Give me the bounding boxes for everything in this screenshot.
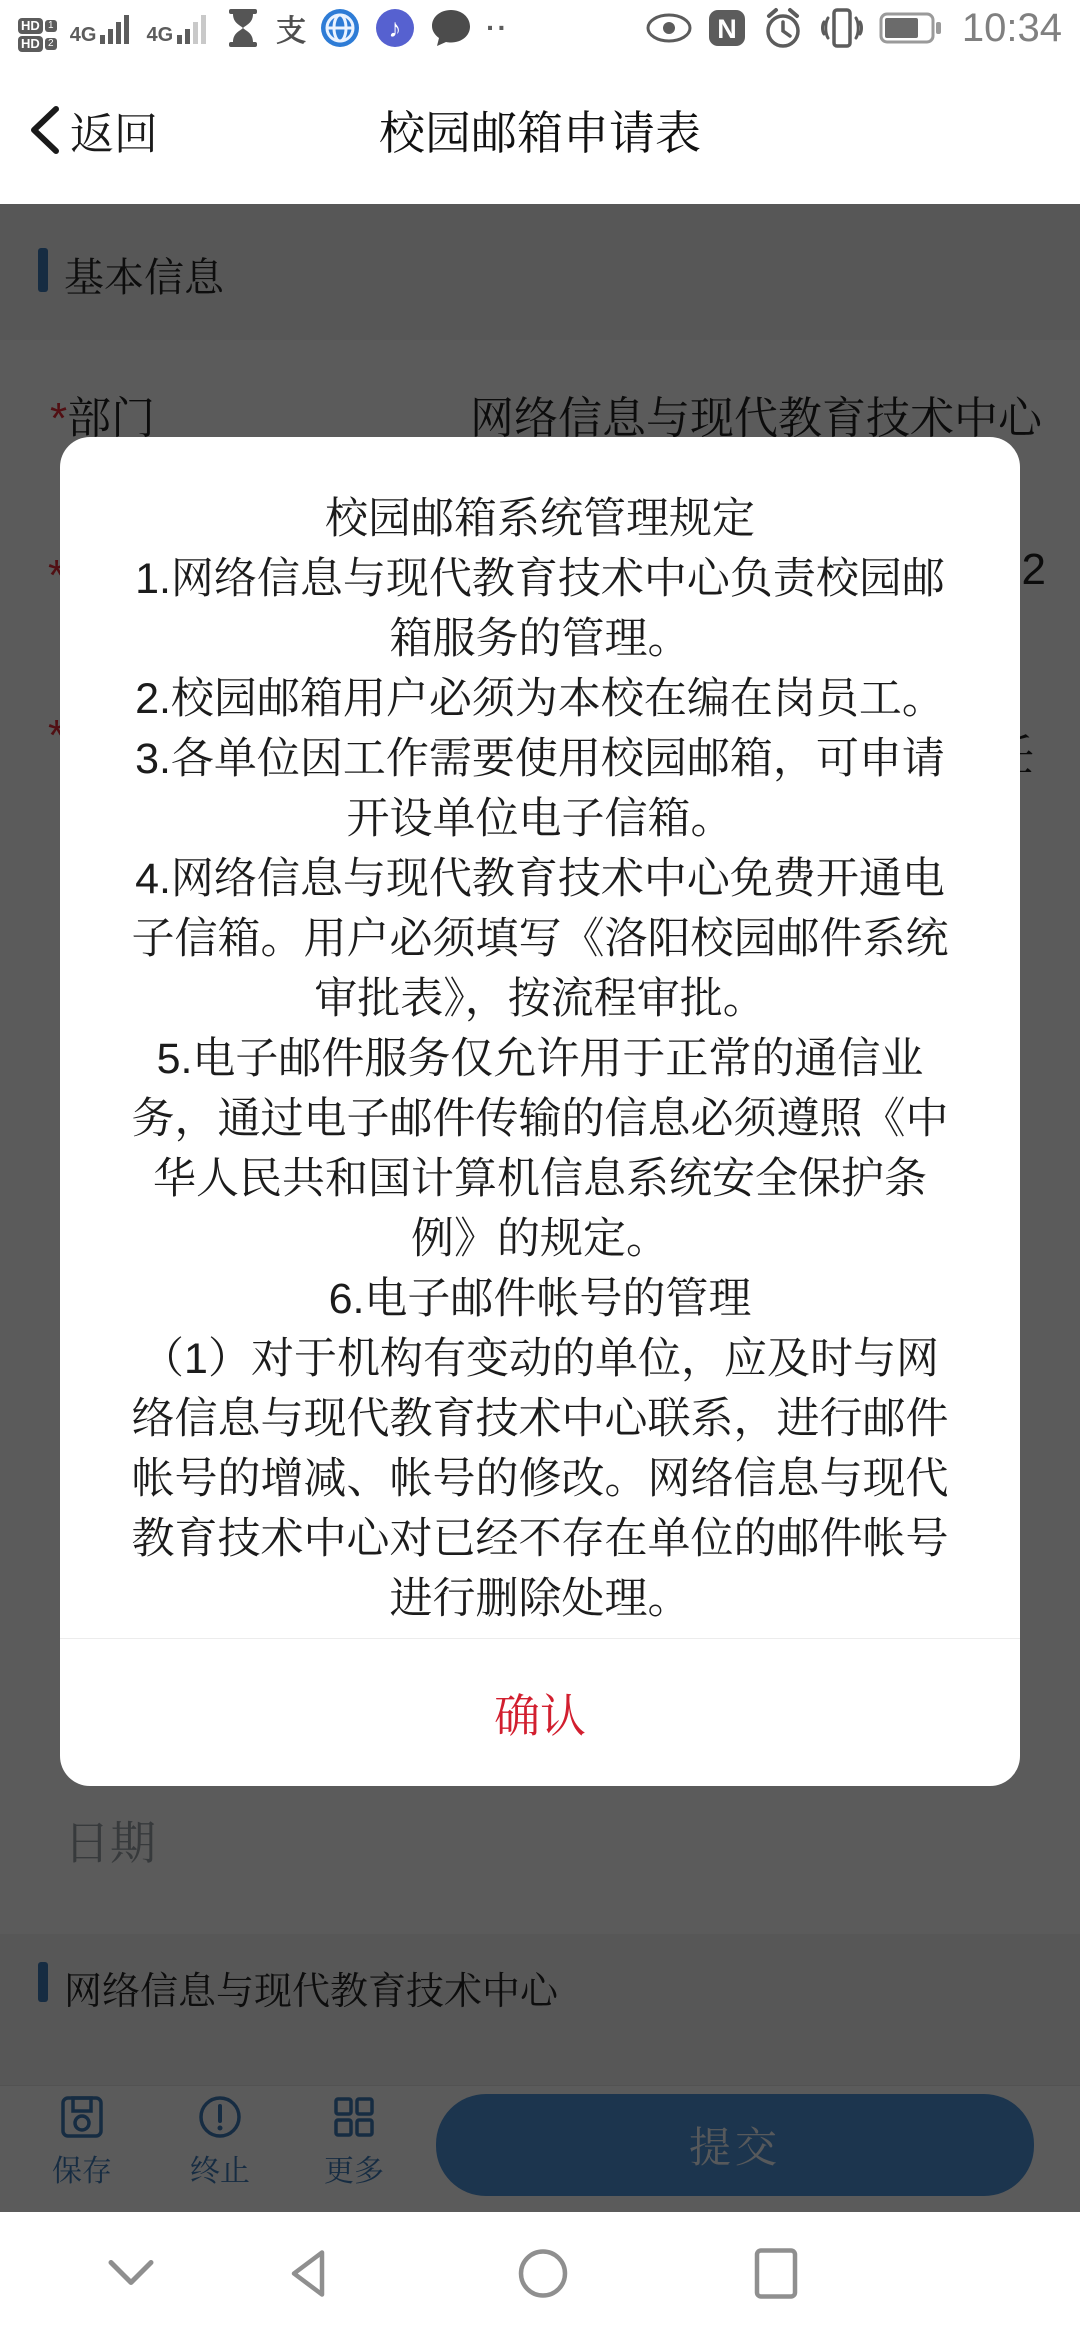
dialog-rule: 1.网络信息与现代教育技术中心负责校园邮箱服务的管理。 [124, 549, 956, 669]
chevron-left-icon [26, 104, 62, 156]
music-icon: ♪ [374, 7, 416, 49]
alipay-icon: 支 [276, 6, 306, 50]
rules-dialog: 校园邮箱系统管理规定 1.网络信息与现代教育技术中心负责校园邮箱服务的管理。 2… [60, 437, 1020, 1786]
battery-icon [879, 9, 943, 47]
dialog-title: 校园邮箱系统管理规定 [124, 489, 956, 549]
hd1-label: HD [18, 18, 43, 34]
vibrate-icon [818, 6, 866, 50]
confirm-button[interactable]: 确认 [60, 1638, 1020, 1786]
dialog-rule: 4.网络信息与现代教育技术中心免费开通电子信箱。用户必须填写《洛阳校园邮件系统审… [124, 849, 956, 1029]
signal-sim2-icon: 4G [146, 11, 210, 45]
eye-comfort-icon [645, 12, 693, 44]
phone-screen: HD 1 HD 2 4G 4G 支 [0, 0, 1080, 2340]
hd-volte-sim1-icon: HD 1 [18, 18, 57, 34]
android-back-button[interactable] [286, 2248, 330, 2305]
android-home-button[interactable] [516, 2247, 570, 2306]
svg-text:N: N [717, 14, 737, 44]
android-recents-button[interactable] [753, 2247, 799, 2306]
hd2-label: HD [18, 36, 43, 52]
dialog-rule: （1）对于机构有变动的单位，应及时与网络信息与现代教育技术中心联系，进行邮件帐号… [124, 1329, 956, 1629]
dialog-body: 校园邮箱系统管理规定 1.网络信息与现代教育技术中心负责校园邮箱服务的管理。 2… [60, 437, 1020, 1629]
chevron-down-icon [105, 2257, 157, 2291]
back-button[interactable]: 返回 [0, 98, 326, 162]
android-nav-bar [0, 2212, 1080, 2340]
browser-icon [319, 7, 361, 49]
confirm-label: 确认 [494, 1680, 586, 1746]
status-bar: HD 1 HD 2 4G 4G 支 [0, 0, 1080, 56]
hd1-num: 1 [45, 20, 57, 32]
more-dots-icon: ·· [486, 12, 509, 44]
clock-time: 10:34 [962, 6, 1062, 51]
nfc-icon: N [706, 7, 748, 49]
home-circle-icon [516, 2247, 570, 2301]
dialog-rule: 5.电子邮件服务仅允许用于正常的通信业务，通过电子邮件传输的信息必须遵照《中华人… [124, 1029, 956, 1269]
hd2-num: 2 [45, 38, 57, 50]
alarm-icon [761, 6, 805, 50]
hd-volte-icons: HD 1 HD 2 [18, 18, 57, 52]
back-triangle-icon [286, 2248, 330, 2300]
recents-square-icon [753, 2247, 799, 2301]
dialog-rule: 2.校园邮箱用户必须为本校在编在岗员工。 [124, 669, 956, 729]
messages-icon [429, 7, 473, 49]
svg-text:♪: ♪ [389, 13, 402, 43]
app-nav-bar: 校园邮箱申请表 返回 [0, 56, 1080, 204]
hourglass-icon [223, 7, 263, 49]
dialog-rule: 3.各单位因工作需要使用校园邮箱，可申请开设单位电子信箱。 [124, 729, 956, 849]
signal-sim1-icon: 4G [70, 11, 134, 45]
hide-navbar-button[interactable] [105, 2257, 157, 2296]
dialog-rule: 6.电子邮件帐号的管理 [124, 1269, 956, 1329]
hd-volte-sim2-icon: HD 2 [18, 36, 57, 52]
back-label: 返回 [70, 98, 158, 162]
